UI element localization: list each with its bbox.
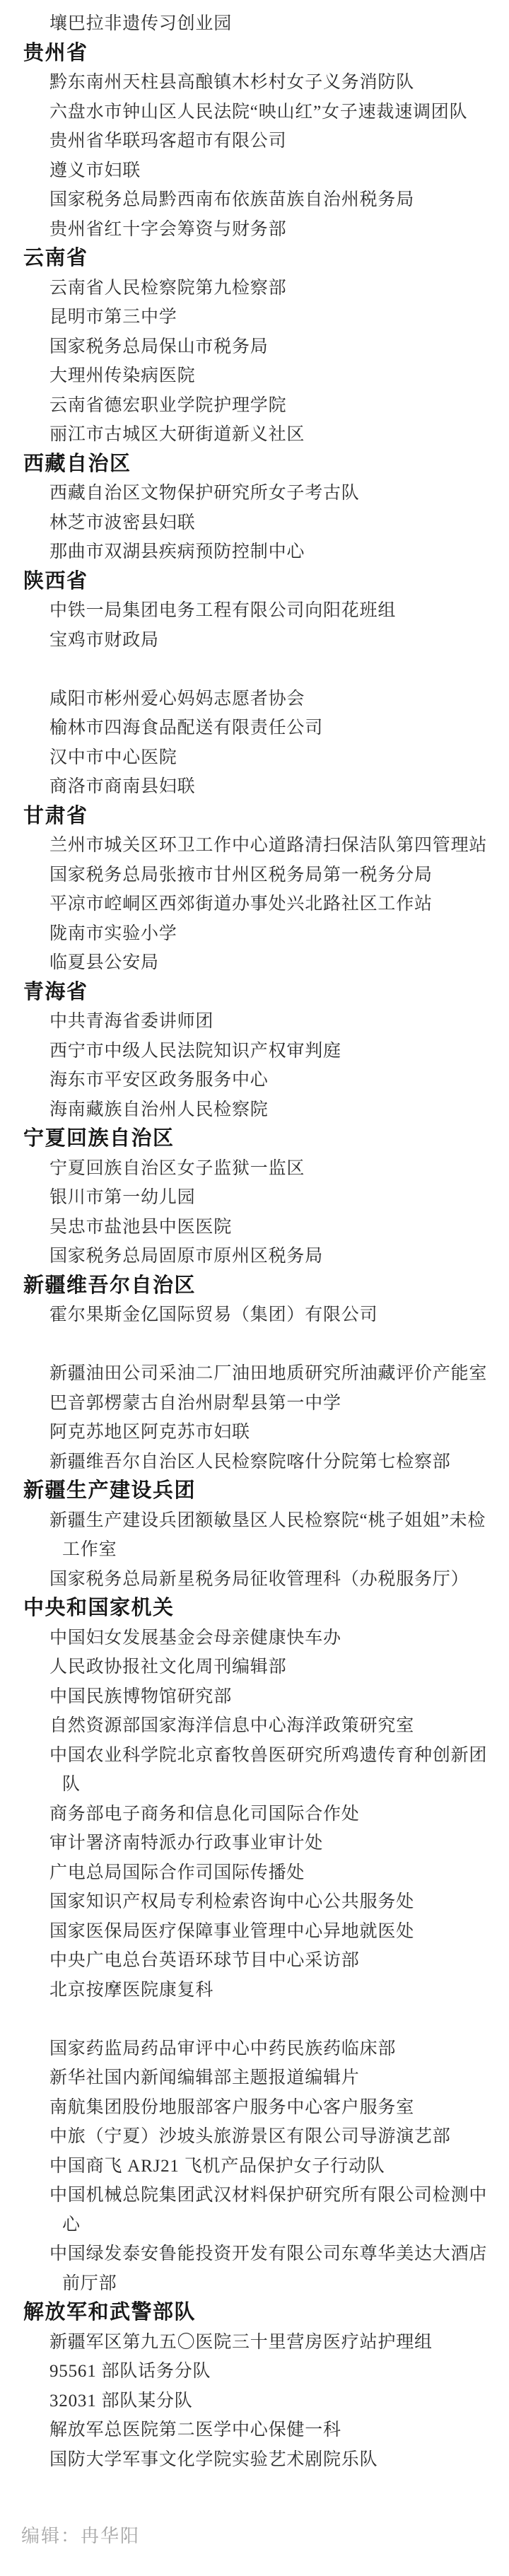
org-item: 中铁一局集团电务工程有限公司向阳花班组 [0, 596, 509, 626]
section-heading: 甘肃省 [0, 802, 509, 832]
org-item: 平凉市崆峒区西郊街道办事处兴北路社区工作站 [0, 890, 509, 919]
org-item: 南航集团股份地服部客户服务中心客户服务室 [0, 2093, 509, 2123]
org-item: 解放军总医院第二医学中心保健一科 [0, 2415, 509, 2445]
org-item: 丽江市古城区大研街道新义社区 [0, 420, 509, 450]
org-item: 贵州省华联玛客超市有限公司 [0, 127, 509, 156]
org-item: 国家知识产权局专利检索咨询中心公共服务处 [0, 1887, 509, 1917]
org-item: 中国绿发泰安鲁能投资开发有限公司东尊华美达大酒店前厅部 [0, 2239, 509, 2298]
org-item: 海东市平安区政务服务中心 [0, 1066, 509, 1095]
org-item: 云南省德宏职业学院护理学院 [0, 391, 509, 421]
org-item: 国家税务总局保山市税务局 [0, 332, 509, 362]
org-item: 中共青海省委讲师团 [0, 1007, 509, 1037]
document-body: 壤巴拉非遗传习创业园贵州省黔东南州天柱县高酿镇木杉村女子义务消防队六盘水市钟山区… [0, 0, 509, 2548]
org-item: 咸阳市彬州爱心妈妈志愿者协会 [0, 684, 509, 714]
org-item: 中国民族博物馆研究部 [0, 1682, 509, 1712]
org-item: 阿克苏地区阿克苏市妇联 [0, 1418, 509, 1447]
org-item: 国防大学军事文化学院实验艺术剧院乐队 [0, 2445, 509, 2475]
org-item: 大理州传染病医院 [0, 361, 509, 391]
org-item: 六盘水市钟山区人民法院“映山红”女子速裁速调团队 [0, 98, 509, 127]
section-heading: 新疆维吾尔自治区 [0, 1271, 509, 1301]
org-item: 中国妇女发展基金会母亲健康快车办 [0, 1624, 509, 1653]
section-heading: 陕西省 [0, 567, 509, 597]
org-item: 昆明市第三中学 [0, 303, 509, 332]
org-item: 中国商飞 ARJ21 飞机产品保护女子行动队 [0, 2152, 509, 2181]
org-item: 北京按摩医院康复科 [0, 1976, 509, 2005]
org-item: 汉中市中心医院 [0, 743, 509, 773]
org-item: 审计署济南特派办行政事业审计处 [0, 1829, 509, 1858]
org-item: 商洛市商南县妇联 [0, 772, 509, 802]
org-item: 国家医保局医疗保障事业管理中心异地就医处 [0, 1917, 509, 1947]
org-item: 32031 部队某分队 [0, 2386, 509, 2416]
org-item: 黔东南州天柱县高酿镇木杉村女子义务消防队 [0, 68, 509, 98]
org-item: 吴忠市盐池县中医医院 [0, 1213, 509, 1242]
org-list: 壤巴拉非遗传习创业园贵州省黔东南州天柱县高酿镇木杉村女子义务消防队六盘水市钟山区… [0, 9, 509, 2474]
org-item: 宁夏回族自治区女子监狱一监区 [0, 1154, 509, 1184]
org-item: 人民政协报社文化周刊编辑部 [0, 1653, 509, 1682]
org-item: 95561 部队话务分队 [0, 2357, 509, 2386]
org-item: 商务部电子商务和信息化司国际合作处 [0, 1800, 509, 1829]
org-item: 临夏县公安局 [0, 948, 509, 978]
org-item: 遵义市妇联 [0, 156, 509, 186]
org-item: 新疆维吾尔自治区人民检察院喀什分院第七检察部 [0, 1447, 509, 1477]
org-item: 榆林市四海食品配送有限责任公司 [0, 713, 509, 743]
org-item: 新疆油田公司采油二厂油田地质研究所油藏评价产能室 [0, 1359, 509, 1389]
blank-line [0, 1330, 509, 1360]
org-item: 银川市第一幼儿园 [0, 1183, 509, 1213]
org-item: 西藏自治区文物保护研究所女子考古队 [0, 479, 509, 508]
section-heading: 宁夏回族自治区 [0, 1124, 509, 1154]
org-item: 巴音郭楞蒙古自治州尉犁县第一中学 [0, 1389, 509, 1418]
section-heading: 贵州省 [0, 39, 509, 69]
org-item: 国家税务总局固原市原州区税务局 [0, 1242, 509, 1271]
blank-line [0, 655, 509, 684]
org-item: 西宁市中级人民法院知识产权审判庭 [0, 1037, 509, 1066]
org-item: 云南省人民检察院第九检察部 [0, 274, 509, 303]
org-item: 陇南市实验小学 [0, 919, 509, 949]
org-item: 中央广电总台英语环球节目中心采访部 [0, 1946, 509, 1976]
org-item: 霍尔果斯金亿国际贸易（集团）有限公司 [0, 1300, 509, 1330]
org-item: 新疆生产建设兵团额敏垦区人民检察院“桃子姐姐”未检工作室 [0, 1506, 509, 1565]
org-item: 兰州市城关区环卫工作中心道路清扫保洁队第四管理站 [0, 831, 509, 861]
page: { "page": { "background": "#ffffff", "bo… [0, 0, 509, 2576]
editor-credit: 编辑：冉华阳 [0, 2524, 509, 2548]
section-heading: 新疆生产建设兵团 [0, 1476, 509, 1506]
org-item: 新华社国内新闻编辑部主题报道编辑片 [0, 2063, 509, 2093]
org-item: 海南藏族自治州人民检察院 [0, 1095, 509, 1125]
blank-line [0, 2005, 509, 2034]
section-heading: 中央和国家机关 [0, 1594, 509, 1624]
org-item: 中旅（宁夏）沙坡头旅游景区有限公司导游演艺部 [0, 2122, 509, 2152]
org-item: 那曲市双湖县疾病预防控制中心 [0, 537, 509, 567]
org-item: 国家税务总局新星税务局征收管理科（办税服务厅） [0, 1565, 509, 1595]
org-item: 广电总局国际合作司国际传播处 [0, 1858, 509, 1888]
org-item: 新疆军区第九五〇医院三十里营房医疗站护理组 [0, 2328, 509, 2358]
section-heading: 解放军和武警部队 [0, 2298, 509, 2328]
org-item: 中国农业科学院北京畜牧兽医研究所鸡遗传育种创新团队 [0, 1741, 509, 1800]
section-heading: 西藏自治区 [0, 450, 509, 479]
org-item: 国家药监局药品审评中心中药民族药临床部 [0, 2034, 509, 2064]
section-heading: 云南省 [0, 244, 509, 274]
org-item: 自然资源部国家海洋信息中心海洋政策研究室 [0, 1711, 509, 1741]
org-item: 壤巴拉非遗传习创业园 [0, 9, 509, 39]
org-item: 中国机械总院集团武汉材料保护研究所有限公司检测中心 [0, 2181, 509, 2239]
org-item: 贵州省红十字会筹资与财务部 [0, 215, 509, 245]
org-item: 宝鸡市财政局 [0, 626, 509, 655]
org-item: 林芝市波密县妇联 [0, 508, 509, 538]
section-heading: 青海省 [0, 978, 509, 1008]
org-item: 国家税务总局黔西南布依族苗族自治州税务局 [0, 185, 509, 215]
org-item: 国家税务总局张掖市甘州区税务局第一税务分局 [0, 861, 509, 890]
